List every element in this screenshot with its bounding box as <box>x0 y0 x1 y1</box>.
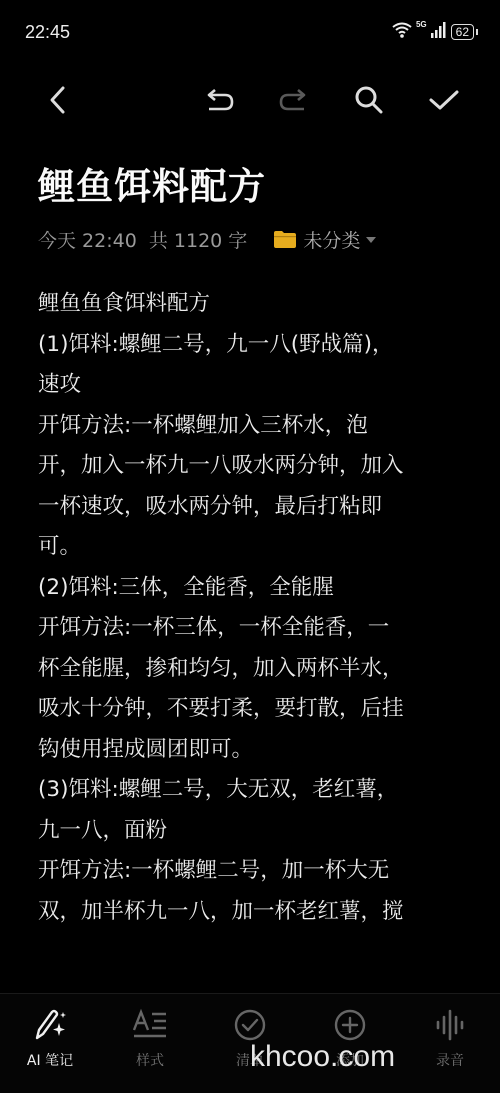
status-icons: 5G 62 <box>392 22 478 42</box>
folder-label: 未分类 <box>303 226 360 253</box>
nav-label: 录音 <box>436 1050 464 1070</box>
nav-record[interactable]: 录音 <box>410 1008 490 1070</box>
add-icon <box>332 1008 368 1042</box>
status-time: 22:45 <box>25 22 70 43</box>
battery-indicator: 62 <box>451 24 474 40</box>
undo-icon <box>205 87 235 113</box>
note-date-wordcount: 今天 22:40 共 1120 字 <box>38 226 247 253</box>
nav-style[interactable]: 样式 <box>110 1008 190 1070</box>
note-line: 开饵方法:一杯螺鲤加入三杯水，泡 <box>38 406 478 447</box>
back-chevron-icon <box>47 85 67 115</box>
note-body[interactable]: 鲤鱼鱼食饵料配方 (1)饵料:螺鲤二号，九一八(野战篇)， 速攻 开饵方法:一杯… <box>38 284 478 932</box>
note-line: 开饵方法:一杯螺鲤二号，加一杯大无 <box>38 851 478 892</box>
note-title[interactable]: 鲤鱼饵料配方 <box>38 156 266 210</box>
note-line: 吸水十分钟，不要打柔，要打散，后挂 <box>38 689 478 730</box>
note-line: (3)饵料:螺鲤二号，大无双，老红薯， <box>38 770 478 811</box>
nav-label: 样式 <box>136 1050 164 1070</box>
note-line: 鲤鱼鱼食饵料配方 <box>38 284 478 325</box>
checklist-icon <box>232 1008 268 1042</box>
undo-button[interactable] <box>203 83 237 117</box>
folder-selector[interactable]: 未分类 <box>273 226 376 253</box>
note-line: 开饵方法:一杯三体，一杯全能香，一 <box>38 608 478 649</box>
checkmark-icon <box>428 88 460 112</box>
text-style-icon <box>132 1008 168 1042</box>
folder-icon <box>273 230 297 249</box>
signal-icon <box>431 22 447 42</box>
note-meta: 今天 22:40 共 1120 字 未分类 <box>38 226 376 253</box>
network-type: 5G <box>416 20 427 29</box>
note-line: 钩使用捏成圆团即可。 <box>38 730 478 771</box>
note-line: 开，加入一杯九一八吸水两分钟，加入 <box>38 446 478 487</box>
redo-icon <box>278 87 308 113</box>
search-button[interactable] <box>352 83 386 117</box>
note-line: 九一八，面粉 <box>38 811 478 852</box>
search-icon <box>354 85 384 115</box>
back-button[interactable] <box>40 83 74 117</box>
note-line: 速攻 <box>38 365 478 406</box>
status-bar: 22:45 5G 62 <box>0 0 500 60</box>
note-line: (2)饵料:三体，全能香，全能腥 <box>38 568 478 609</box>
editor-toolbar <box>0 75 500 125</box>
redo-button[interactable] <box>276 83 310 117</box>
done-button[interactable] <box>427 83 461 117</box>
note-line: 可。 <box>38 527 478 568</box>
wifi-icon <box>392 22 412 42</box>
note-line: (1)饵料:螺鲤二号，九一八(野战篇)， <box>38 325 478 366</box>
ai-pen-icon <box>32 1008 68 1042</box>
nav-ai-notes[interactable]: AI 笔记 <box>10 1008 90 1070</box>
nav-label: AI 笔记 <box>27 1050 73 1070</box>
dropdown-caret-icon <box>366 237 376 243</box>
watermark: khcoo.com <box>250 1040 395 1074</box>
audio-icon <box>432 1008 468 1042</box>
note-line: 双，加半杯九一八，加一杯老红薯，搅 <box>38 892 478 933</box>
note-line: 杯全能腥，掺和均匀，加入两杯半水， <box>38 649 478 690</box>
note-line: 一杯速攻，吸水两分钟，最后打粘即 <box>38 487 478 528</box>
